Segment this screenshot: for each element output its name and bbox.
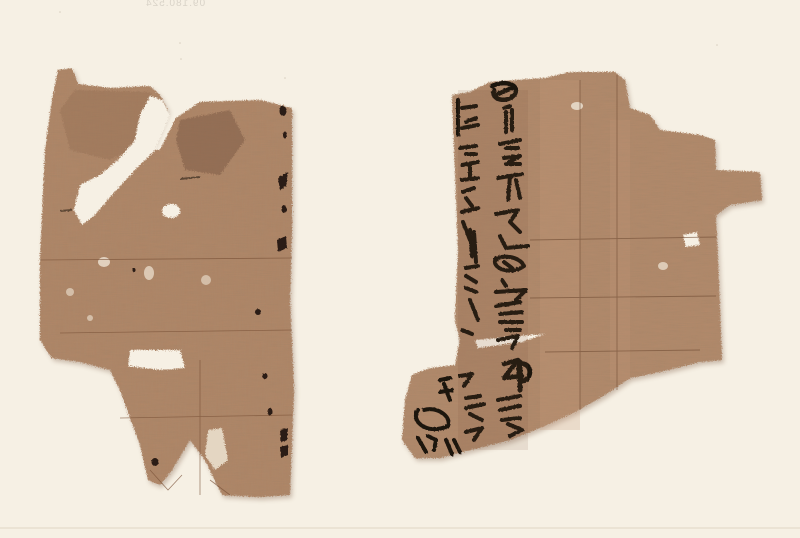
mount-specks: [59, 11, 718, 79]
mount-edge: [0, 527, 800, 529]
papyrus-photo: 09.180.524: [0, 0, 800, 538]
left-fragment: [40, 68, 296, 500]
papyrus-scene: [0, 0, 800, 538]
right-fragment: [402, 72, 764, 461]
